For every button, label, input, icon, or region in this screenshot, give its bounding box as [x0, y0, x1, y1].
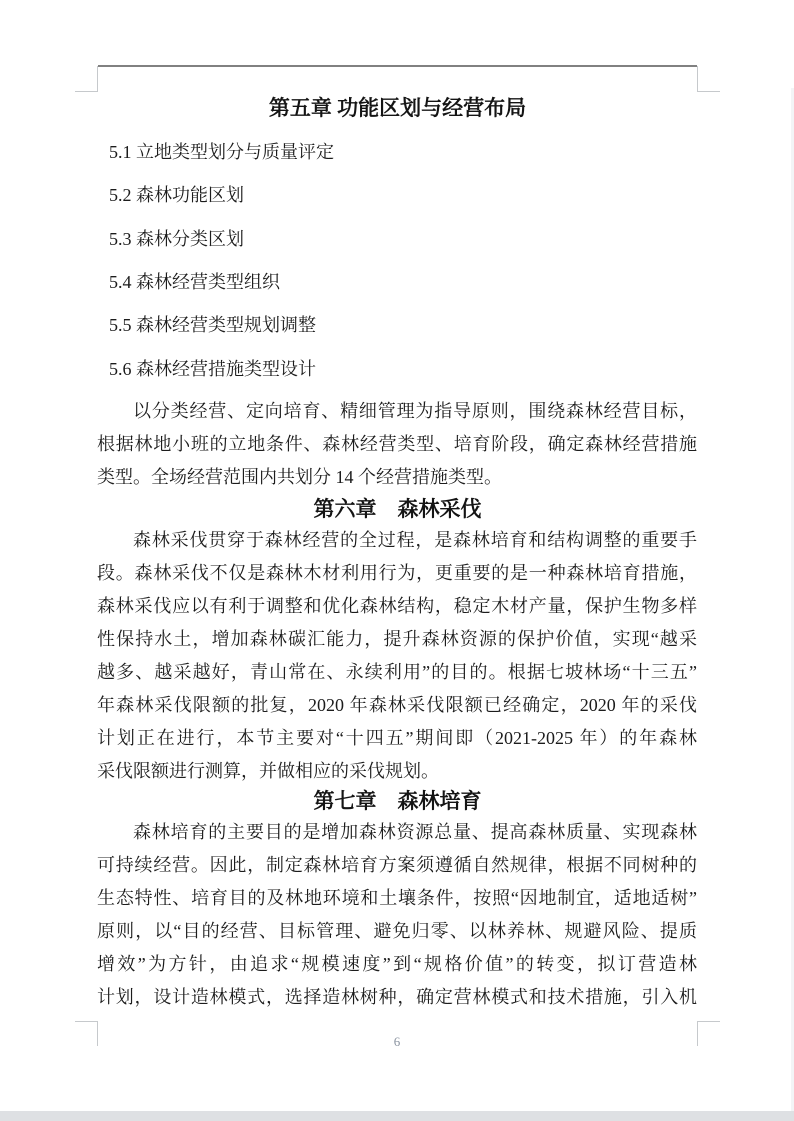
text-line: 森林采伐应以有利于调整和优化森林结构，稳定木材产量，保护生物多样 — [97, 590, 697, 623]
text-boundary-mark-top-right-v — [697, 66, 698, 91]
section-heading: 5.4 森林经营类型组织 — [98, 261, 697, 304]
text-line: 以分类经营、定向培育、精细管理为指导原则，围绕森林经营目标， — [97, 395, 697, 428]
section-heading: 5.2 森林功能区划 — [98, 174, 697, 217]
text-boundary-mark-top-left-v — [97, 66, 98, 91]
section-heading: 5.5 森林经营类型规划调整 — [98, 304, 697, 347]
text-line: 年森林采伐限额的批复，2020 年森林采伐限额已经确定，2020 年的采伐 — [97, 689, 697, 722]
chapter5-title: 第五章 功能区划与经营布局 — [98, 94, 697, 122]
text-line: 根据林地小班的立地条件、森林经营类型、培育阶段，确定森林经营措施 — [97, 428, 697, 461]
text-line: 森林采伐贯穿于森林经营的全过程，是森林培育和结构调整的重要手 — [97, 524, 697, 557]
text-boundary-mark-bottom-left-h — [75, 1021, 98, 1022]
text-line: 计划，设计造林模式，选择造林树种，确定营林模式和技术措施，引入机 — [97, 981, 697, 1014]
chapter6-heading: 第六章 森林采伐 — [98, 495, 697, 523]
paragraph-chapter6: 森林采伐贯穿于森林经营的全过程，是森林培育和结构调整的重要手段。森林采伐不仅是森… — [97, 524, 697, 788]
text-boundary-mark-bottom-right-h — [697, 1021, 720, 1022]
text-boundary-mark-top-left-h — [75, 91, 98, 92]
chapter7-heading: 第七章 森林培育 — [98, 787, 697, 815]
page-number: 6 — [0, 1034, 794, 1050]
header-rule — [98, 65, 697, 67]
page-gap-strip — [0, 1111, 794, 1121]
paragraph-chapter7: 森林培育的主要目的是增加森林资源总量、提高森林质量、实现森林可持续经营。因此，制… — [97, 816, 697, 1014]
section-heading: 5.3 森林分类区划 — [98, 218, 697, 261]
text-line: 原则，以“目的经营、目标管理、避免归零、以林养林、规避风险、提质 — [97, 915, 697, 948]
text-boundary-mark-top-right-h — [697, 91, 720, 92]
document-page: 第五章 功能区划与经营布局 5.1 立地类型划分与质量评定5.2 森林功能区划5… — [0, 0, 794, 1121]
text-line: 计划正在进行，本节主要对“十四五”期间即（2021-2025 年）的年森林 — [97, 722, 697, 755]
text-line: 越多、越采越好，青山常在、永续利用”的目的。根据七坡林场“十三五” — [97, 656, 697, 689]
text-line: 类型。全场经营范围内共划分 14 个经营措施类型。 — [97, 461, 697, 494]
section-list: 5.1 立地类型划分与质量评定5.2 森林功能区划5.3 森林分类区划5.4 森… — [98, 131, 697, 391]
text-line: 可持续经营。因此，制定森林培育方案须遵循自然规律，根据不同树种的 — [97, 849, 697, 882]
text-line: 段。森林采伐不仅是森林木材利用行为，更重要的是一种森林培育措施， — [97, 557, 697, 590]
text-line: 增效”为方针，由追求“规模速度”到“规格价值”的转变，拟订营造林 — [97, 948, 697, 981]
text-line: 性保持水土，增加森林碳汇能力，提升森林资源的保护价值，实现“越采 — [97, 623, 697, 656]
text-line: 采伐限额进行测算，并做相应的采伐规划。 — [97, 755, 697, 788]
section-heading: 5.6 森林经营措施类型设计 — [98, 348, 697, 391]
text-line: 生态特性、培育目的及林地环境和土壤条件，按照“因地制宜，适地适树” — [97, 882, 697, 915]
text-line: 森林培育的主要目的是增加森林资源总量、提高森林质量、实现森林 — [97, 816, 697, 849]
section-heading: 5.1 立地类型划分与质量评定 — [98, 131, 697, 174]
paragraph-intro: 以分类经营、定向培育、精细管理为指导原则，围绕森林经营目标，根据林地小班的立地条… — [97, 395, 697, 494]
